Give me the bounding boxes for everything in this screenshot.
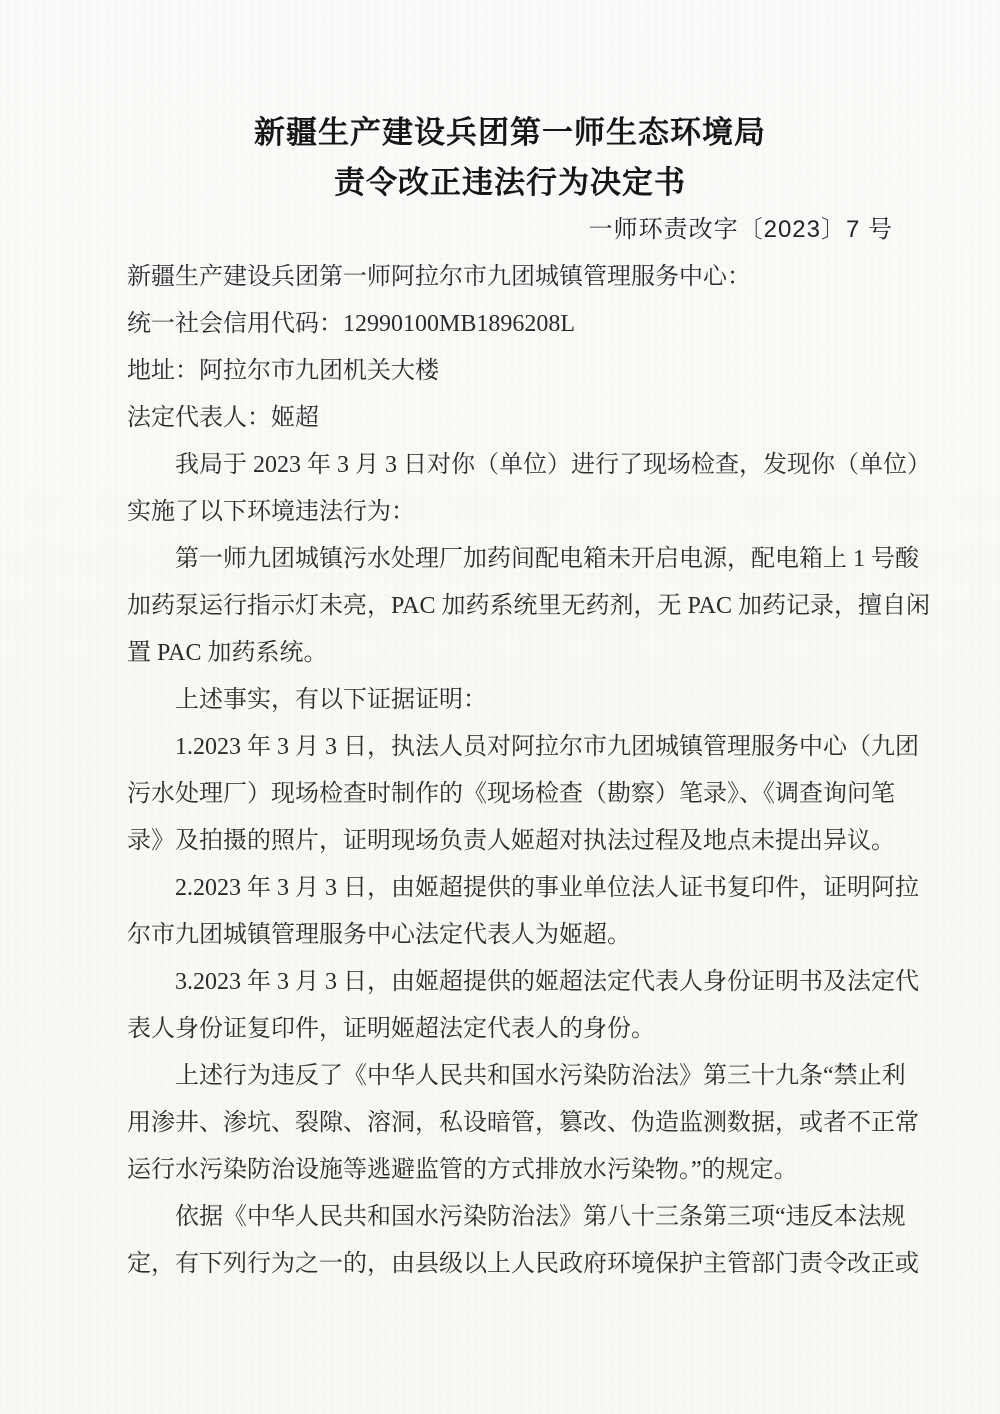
document-line: 置 PAC 加药系统。 [127, 630, 893, 677]
document-line: 加药泵运行指示灯未亮，PAC 加药系统里无药剂，无 PAC 加药记录，擅自闲 [127, 583, 893, 630]
document-line: 我局于 2023 年 3 月 3 日对你（单位）进行了现场检查，发现你（单位） [127, 442, 893, 489]
document-title-line-1: 新疆生产建设兵团第一师生态环境局 [127, 108, 893, 158]
document-line: 污水处理厂）现场检查时制作的《现场检查（勘察）笔录》、《调查询问笔 [127, 771, 893, 818]
document-line: 尔市九团城镇管理服务中心法定代表人为姬超。 [127, 912, 893, 959]
document-line: 依据《中华人民共和国水污染防治法》第八十三条第三项“违反本法规 [127, 1194, 893, 1241]
document-body: 新疆生产建设兵团第一师阿拉尔市九团城镇管理服务中心： 统一社会信用代码：1299… [127, 254, 893, 1288]
document-title-line-2: 责令改正违法行为决定书 [127, 158, 893, 208]
document-line: 表人身份证复印件，证明姬超法定代表人的身份。 [127, 1006, 893, 1053]
document-line: 法定代表人：姬超 [127, 395, 893, 442]
document-line: 2.2023 年 3 月 3 日，由姬超提供的事业单位法人证书复印件，证明阿拉 [127, 865, 893, 912]
document-page: 新疆生产建设兵团第一师生态环境局 责令改正违法行为决定书 一师环责改字〔2023… [0, 0, 1000, 1414]
document-line: 3.2023 年 3 月 3 日，由姬超提供的姬超法定代表人身份证明书及法定代 [127, 959, 893, 1006]
document-line: 1.2023 年 3 月 3 日，执法人员对阿拉尔市九团城镇管理服务中心（九团 [127, 724, 893, 771]
document-line: 实施了以下环境违法行为： [127, 489, 893, 536]
document-line: 运行水污染防治设施等逃避监管的方式排放水污染物。”的规定。 [127, 1147, 893, 1194]
document-line: 地址：阿拉尔市九团机关大楼 [127, 348, 893, 395]
document-line: 新疆生产建设兵团第一师阿拉尔市九团城镇管理服务中心： [127, 254, 893, 301]
document-line: 第一师九团城镇污水处理厂加药间配电箱未开启电源，配电箱上 1 号酸 [127, 536, 893, 583]
document-line: 统一社会信用代码：12990100MB1896208L [127, 301, 893, 348]
document-content: 新疆生产建设兵团第一师生态环境局 责令改正违法行为决定书 一师环责改字〔2023… [127, 108, 893, 1288]
document-line: 用渗井、渗坑、裂隙、溶洞，私设暗管，篡改、伪造监测数据，或者不正常 [127, 1100, 893, 1147]
document-line: 上述事实，有以下证据证明： [127, 677, 893, 724]
document-number: 一师环责改字〔2023〕7 号 [127, 212, 893, 248]
document-line: 录》及拍摄的照片，证明现场负责人姬超对执法过程及地点未提出异议。 [127, 818, 893, 865]
document-line: 上述行为违反了《中华人民共和国水污染防治法》第三十九条“禁止利 [127, 1053, 893, 1100]
document-line: 定，有下列行为之一的，由县级以上人民政府环境保护主管部门责令改正或 [127, 1241, 893, 1288]
